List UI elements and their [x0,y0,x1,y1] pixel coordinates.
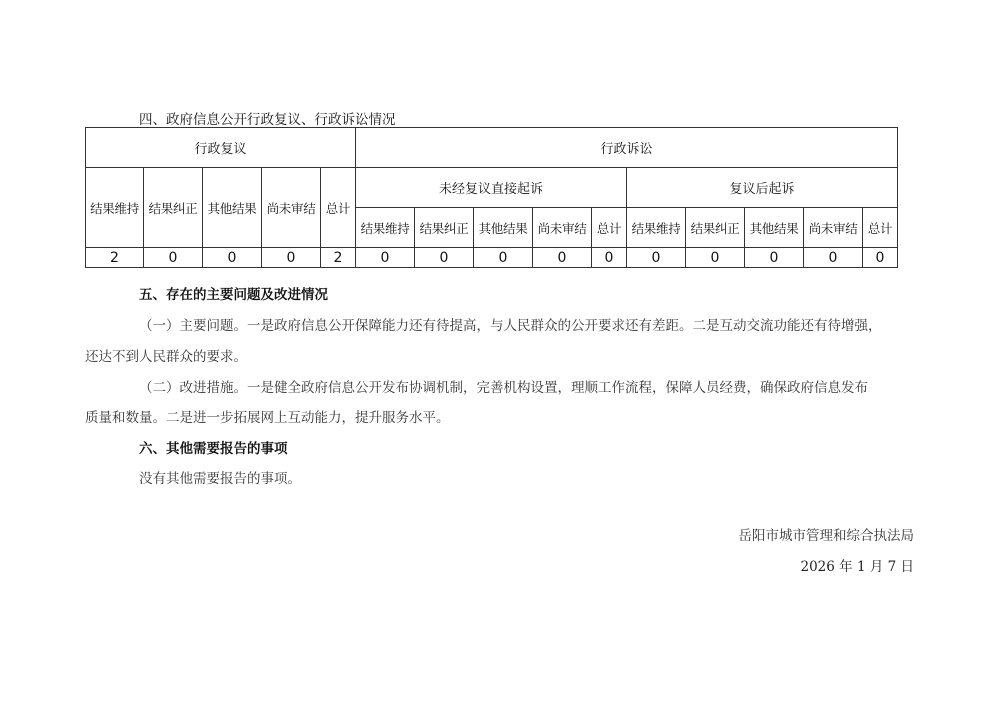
subgroup-header-after-review: 复议后起诉 [627,168,898,208]
cell-direct-total: 0 [592,248,627,268]
cell-direct-maintained: 0 [356,248,415,268]
cell-direct-corrected: 0 [415,248,474,268]
section6-title: 六、其他需要报告的事项 [139,437,288,457]
col-header-after-corrected: 结果纠正 [686,208,745,248]
cell-review-pending: 0 [262,248,321,268]
cell-after-pending: 0 [804,248,863,268]
cell-after-corrected: 0 [686,248,745,268]
cell-after-total: 0 [863,248,898,268]
section5-para1-line1: （一）主要问题。一是政府信息公开保障能力还有待提高，与人民群众的公开要求还有差距… [139,314,882,334]
cell-review-corrected: 0 [144,248,203,268]
cell-direct-pending: 0 [533,248,592,268]
signature-date: 2026 年 1 月 7 日 [801,555,915,575]
col-header-direct-pending: 尚未审结 [533,208,592,248]
section5-para2-line2: 质量和数量。二是进一步拓展网上互动能力，提升服务水平。 [85,406,450,426]
group-header-admin-review: 行政复议 [86,128,356,168]
col-header-review-pending: 尚未审结 [262,168,321,248]
col-header-direct-total: 总计 [592,208,627,248]
admin-review-litigation-table: 行政复议 行政诉讼 结果维持 结果纠正 其他结果 尚未审结 总计 未经复议直接起… [85,127,898,268]
col-header-direct-other: 其他结果 [474,208,533,248]
cell-after-maintained: 0 [627,248,686,268]
signature-org: 岳阳市城市管理和综合执法局 [739,524,915,544]
section5-title: 五、存在的主要问题及改进情况 [139,283,328,303]
section5-para2-line1: （二）改进措施。一是健全政府信息公开发布协调机制，完善机构设置，理顺工作流程，保… [139,376,868,396]
col-header-after-total: 总计 [863,208,898,248]
col-header-review-maintained: 结果维持 [86,168,144,248]
cell-after-other: 0 [745,248,804,268]
cell-review-other: 0 [203,248,262,268]
cell-review-maintained: 2 [86,248,144,268]
section5-para1-line2: 还达不到人民群众的要求。 [85,345,247,365]
section4-title: 四、政府信息公开行政复议、行政诉讼情况 [139,108,396,128]
group-header-admin-litigation: 行政诉讼 [356,128,898,168]
subgroup-header-direct: 未经复议直接起诉 [356,168,627,208]
section6-body: 没有其他需要报告的事项。 [139,467,301,487]
col-header-review-other: 其他结果 [203,168,262,248]
cell-direct-other: 0 [474,248,533,268]
cell-review-total: 2 [321,248,356,268]
col-header-review-corrected: 结果纠正 [144,168,203,248]
col-header-after-maintained: 结果维持 [627,208,686,248]
col-header-after-pending: 尚未审结 [804,208,863,248]
col-header-direct-corrected: 结果纠正 [415,208,474,248]
col-header-after-other: 其他结果 [745,208,804,248]
col-header-review-total: 总计 [321,168,356,248]
col-header-direct-maintained: 结果维持 [356,208,415,248]
